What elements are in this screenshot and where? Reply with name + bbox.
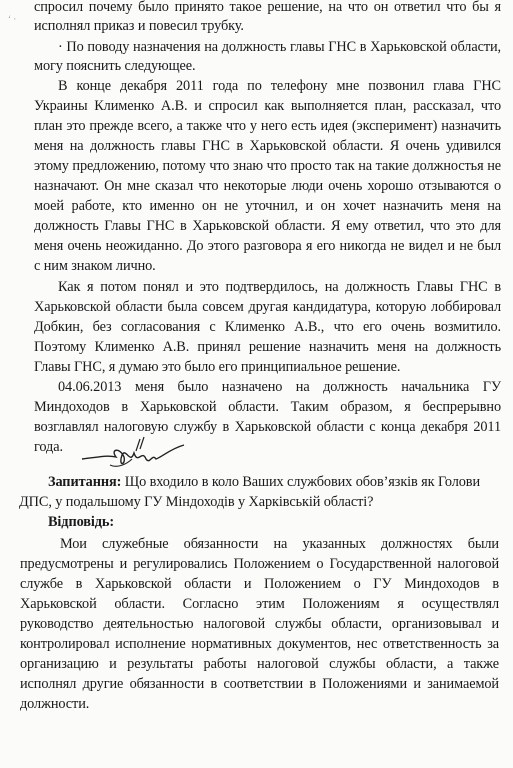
document-page: ‘ · спросил почему было принято такое ре… (0, 0, 513, 768)
text-line: Добкин, без согласования с Клименко А.В.… (34, 318, 501, 337)
text-line: 04.06.2013 меня было назначено на должно… (58, 378, 501, 397)
question-text-line: ДПС, у подальшому ГУ Міндоходів у Харків… (19, 493, 501, 512)
text-line: спросил почему было принято такое решени… (34, 0, 501, 17)
answer-line: контролировал исполнение нормативных док… (20, 635, 499, 654)
margin-mark: ‘ · (8, 14, 16, 24)
answer-line: должности. (20, 695, 501, 714)
text-line: план это прежде всего, а также что у нег… (34, 117, 501, 136)
text-line: · По поводу назначения на должность глав… (58, 38, 501, 57)
text-line: Главы ГНС, я думаю это было его принципи… (34, 358, 501, 377)
answer-line: Мои служебные обязанности на указанных д… (60, 535, 499, 554)
answer-line: службе в Харьковской области и Положение… (20, 575, 499, 594)
question-1: Запитання: Що входило в коло Ваших служб… (48, 473, 501, 492)
text-line: могу пояснить следующее. (34, 57, 501, 76)
text-line: Украины Клименко А.В. и спросил как выпо… (34, 97, 501, 116)
text-line: В конце декабря 2011 года по телефону мн… (58, 77, 501, 96)
text-line: Миндоходов в Харьковской области. Таким … (34, 398, 501, 417)
text-line: Как я потом понял и это подтвердилось, н… (58, 278, 501, 297)
text-line: с ним знаком лично. (34, 257, 501, 276)
text-line: Поэтому Клименко А.В. принял решение наз… (34, 338, 501, 357)
answer-line: предусмотрены и регулировались Положение… (20, 555, 499, 574)
answer-label: Відповідь: (48, 513, 501, 532)
answer-line: руководство деятельностью налоговой служ… (20, 615, 499, 634)
text-line: этому предложению, потому что знаю что п… (34, 157, 501, 176)
text-line: Харьковской области была совсем другая к… (34, 298, 501, 317)
text-line: меня очень неожиданно. До этого разговор… (34, 237, 501, 256)
text-line: меня на должность главы ГНС в Харьковско… (34, 137, 501, 156)
text-line: назначают. Он мне сказал что некоторые л… (34, 177, 501, 196)
answer-line: исполнял другие обязанности в соответств… (20, 675, 499, 694)
text-line: исполнял приказ и повесил трубку. (34, 17, 501, 36)
signature-icon (80, 435, 190, 475)
answer-line: организацию и результаты работы налогово… (20, 655, 499, 674)
text-line: должность Главы ГНС в Харьковской област… (34, 217, 501, 236)
question-label: Запитання: (48, 474, 121, 490)
question-text: Що входило в коло Ваших службових обов’я… (121, 474, 480, 490)
answer-line: Харьковской области. Согласно этим Полож… (20, 595, 499, 614)
text-line: моей работе, кто именно он не уточнил, и… (34, 197, 501, 216)
